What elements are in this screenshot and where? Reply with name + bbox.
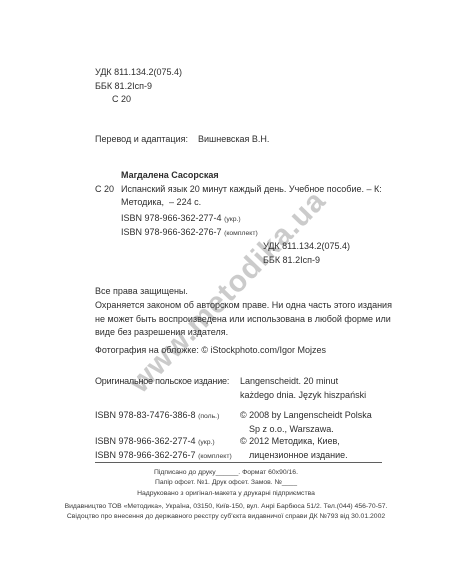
publisher-info-block: Видавництво ТОВ «Методика», Україна, 031… [61,502,391,523]
translation-label: Перевод и адаптация: [95,133,198,147]
print-info-block: Підписано до друку______. Формат 60х90/1… [61,468,391,499]
original-edition-label: Оригинальное польское издание: [95,375,229,389]
rights-line-1: Все права защищены. [95,285,188,299]
print-info-line: Папір офсет. №1. Друк офсет. Замов. №___… [61,478,391,488]
author-name: Магдалена Сасорская [121,169,219,183]
isbn-ukr2-line: ISBN 978-966-362-277-4 (укр.) [95,435,215,450]
isbn-set2-note: (комплект) [198,453,232,460]
bbk-right: ББК 81.2Ісп-9 [263,254,320,268]
author-code-top: С 20 [112,93,131,107]
isbn-set2-line: ISBN 978-966-362-276-7 (комплект) [95,449,232,464]
title-line-1: Испанский язык 20 минут каждый день. Уче… [121,183,382,197]
print-info-line: Надруковано з оригінал-макета у друкарні… [61,489,391,499]
udc-right: УДК 811.134.2(075.4) [263,240,350,254]
rights-line-3: не может быть воспроизведена или использ… [95,313,391,327]
isbn-set-note: (комплект) [224,230,258,237]
copyright-2008-1: © 2008 by Langenscheidt Polska [240,409,372,423]
print-info-line: Підписано до друку______. Формат 60х90/1… [61,468,391,478]
imprint-page: www.metodika.ua УДК 811.134.2(075.4) ББК… [0,0,452,584]
isbn-ukr2: ISBN 978-966-362-277-4 [95,436,196,446]
publisher-info-line: Свідоцтво про внесення до державного реє… [61,512,391,522]
isbn-set-line: ISBN 978-966-362-276-7 (комплект) [121,226,258,241]
isbn-ukr-line: ISBN 978-966-362-277-4 (укр.) [121,212,241,227]
bbk-top: ББК 81.2Ісп-9 [95,80,152,94]
original-title-1: Langenscheidt. 20 minut [240,375,338,389]
isbn-pol-note: (поль.) [198,413,219,420]
photo-credit-line: Фотография на обложке: © iStockphoto.com… [95,344,326,358]
copyright-2012-1: © 2012 Методика, Киев, [240,435,340,449]
translation-value: Вишневская В.Н. [198,134,269,144]
copyright-2012-2: лицензионное издание. [249,449,348,463]
isbn-pol-line: ISBN 978-83-7476-386-8 (поль.) [95,409,219,424]
original-title-2: każdego dnia. Język hiszpański [240,389,366,403]
rights-line-2: Охраняется законом об авторском праве. Н… [95,299,392,313]
isbn-pol: ISBN 978-83-7476-386-8 [95,410,196,420]
translation-line: Перевод и адаптация:Вишневская В.Н. [95,133,269,147]
title-line-2: Методика, – 224 с. [121,196,201,210]
copyright-2008-2: Sp z o.o., Warszawa. [249,423,334,437]
entry-code: С 20 [95,183,114,197]
publisher-info-line: Видавництво ТОВ «Методика», Україна, 031… [61,502,391,512]
isbn-ukr2-note: (укр.) [198,439,215,446]
isbn-set: ISBN 978-966-362-276-7 [121,227,222,237]
rights-line-4: виде без разрешения издателя. [95,326,228,340]
udc-top: УДК 811.134.2(075.4) [95,66,182,80]
isbn-ukr-note: (укр.) [224,216,241,223]
divider-rule [95,462,382,463]
isbn-ukr: ISBN 978-966-362-277-4 [121,213,222,223]
isbn-set2: ISBN 978-966-362-276-7 [95,450,196,460]
